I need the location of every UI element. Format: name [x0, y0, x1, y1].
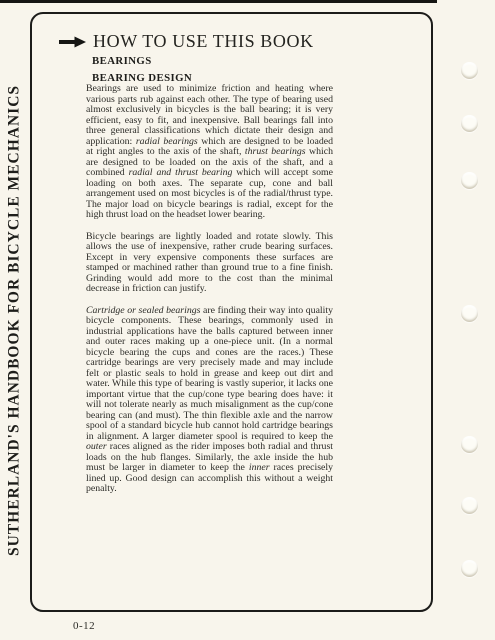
scan-edge-top [0, 0, 437, 3]
book-spine-title: SUTHERLAND'S HANDBOOK FOR BICYCLE MECHAN… [6, 21, 27, 621]
content-frame: HOW TO USE THIS BOOK BEARINGS BEARING DE… [30, 12, 433, 612]
page-header: HOW TO USE THIS BOOK [59, 31, 314, 52]
binder-hole [461, 172, 478, 189]
body-paragraph: Cartridge or sealed bearings are finding… [86, 306, 333, 495]
article-body: Bearings are used to minimize friction a… [86, 84, 333, 506]
page-title: HOW TO USE THIS BOOK [93, 31, 314, 52]
section-heading: BEARINGS [92, 55, 152, 67]
binder-hole [461, 436, 478, 453]
page-number: 0-12 [73, 620, 95, 632]
body-paragraph: Bearings are used to minimize friction a… [86, 84, 333, 221]
body-paragraph: Bicycle bearings are lightly loaded and … [86, 232, 333, 295]
binder-hole [461, 560, 478, 577]
right-arrow-icon [59, 36, 86, 48]
binder-hole [461, 62, 478, 79]
binder-hole [461, 115, 478, 132]
binder-hole [461, 305, 478, 322]
binder-hole [461, 497, 478, 514]
